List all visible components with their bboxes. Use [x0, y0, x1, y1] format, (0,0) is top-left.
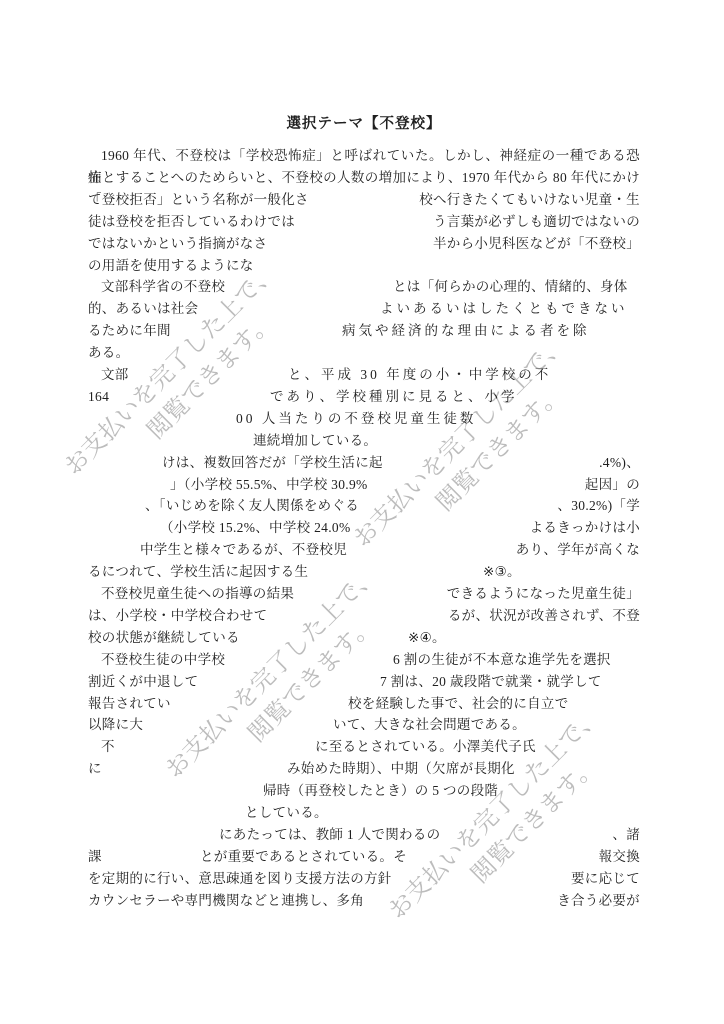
- document-page: お支払いを完了した上で、閲覧できます。お支払いを完了した上で、閲覧できます。お支…: [0, 0, 724, 1024]
- text-fragment: ある。: [88, 342, 129, 364]
- text-fragment: う言葉が必ずしも適切ではないの: [433, 211, 640, 233]
- text-fragment: 中学生と様々であるが、不登校児: [140, 539, 347, 561]
- text-line: 、「いじめを除く友人関係をめぐる、30.2%)「学: [0, 495, 724, 517]
- text-fragment: 」（小学校 55.5%、中学校 30.9%: [170, 474, 368, 496]
- text-line: 割近くが中退して7 割は、20 歳段階で就業・就学して: [0, 671, 724, 693]
- text-line: 帰時（再登校したとき）の 5 つの段階: [0, 780, 724, 802]
- text-fragment: に: [88, 758, 102, 780]
- text-line: ある。: [0, 342, 724, 364]
- text-fragment: 課: [88, 846, 102, 868]
- text-line: 的、あるいは社会よいあるいはしたくともできない: [0, 298, 724, 320]
- text-fragment: よるきっかけは小: [530, 517, 640, 539]
- text-line: るにつれて、学校生活に起因する生※③。: [0, 561, 724, 583]
- text-fragment: 不登校児童生徒への指導の結果: [101, 583, 294, 605]
- text-fragment: 文部科学省の不登校: [101, 276, 225, 298]
- document-text-layer: 選択テーマ【不登校】 1960 年代、不登校は「学校恐怖症」と呼ばれていた。しか…: [0, 0, 724, 1024]
- text-fragment: 、30.2%)「学: [557, 495, 640, 517]
- page-title: 選択テーマ【不登校】: [88, 112, 640, 136]
- text-fragment: .4%)、: [599, 452, 640, 474]
- text-line: としている。: [0, 802, 724, 824]
- text-line: にみ始めた時期）、中期（欠席が長期化: [0, 758, 724, 780]
- text-line: 連続増加している。: [0, 430, 724, 452]
- text-fragment: とが重要であるとされている。そ: [200, 846, 407, 868]
- text-line: 以降に大いて、大きな社会問題である。: [0, 714, 724, 736]
- text-line: 文部科学省の不登校とは「何らかの心理的、情緒的、身体: [0, 276, 724, 298]
- text-fragment: 7 割は、20 歳段階で就業・就学して: [380, 671, 602, 693]
- text-fragment: 6 割の生徒が不本意な進学先を選択: [393, 649, 611, 671]
- text-fragment: 校を経験した事で、社会的に自立で: [348, 693, 569, 715]
- text-line: 1960 年代、不登校は「学校恐怖症」と呼ばれていた。しかし、神経症の一種である…: [0, 145, 724, 167]
- text-fragment: あり、学年が高くな: [516, 539, 640, 561]
- text-fragment: は、小学校・中学校合わせて: [88, 605, 267, 627]
- text-line: 164であり、学校種別に見ると、小学: [0, 386, 724, 408]
- text-fragment: 、「いじめを除く友人関係をめぐる: [145, 495, 359, 517]
- text-line: 中学生と様々であるが、不登校児あり、学年が高くな: [0, 539, 724, 561]
- text-line: カウンセラーや専門機関などと連携し、多角き合う必要が: [0, 890, 724, 912]
- text-fragment: とは「何らかの心理的、情緒的、身体: [393, 276, 628, 298]
- text-line: るために年間病気や経済的な理由による者を除: [0, 320, 724, 342]
- text-fragment: できるようになった児童生徒」: [447, 583, 640, 605]
- text-fragment: るために年間: [88, 320, 171, 342]
- text-fragment: にあたっては、教師 1 人で関わるの: [219, 824, 440, 846]
- text-line: 不登校児童生徒への指導の結果できるようになった児童生徒」: [0, 583, 724, 605]
- text-fragment: るが、状況が改善されず、不登: [448, 605, 640, 627]
- text-fragment: み始めた時期）、中期（欠席が長期化: [287, 758, 515, 780]
- text-line: の用語を使用するようにな: [0, 255, 724, 277]
- text-fragment: けは、複数回答だが「学校生活に起: [162, 452, 383, 474]
- text-line: 校の状態が継続している※④。: [0, 627, 724, 649]
- text-fragment: よいあるいはしたくともできない: [380, 298, 628, 320]
- text-fragment: 「登校拒否」という名称が一般化さ: [88, 189, 309, 211]
- text-line: 徒は登校を拒否しているわけではう言葉が必ずしも適切ではないの: [0, 211, 724, 233]
- text-line: 」（小学校 55.5%、中学校 30.9%起因」の: [0, 474, 724, 496]
- text-fragment: 校へ行きたくてもいけない児童・生: [419, 189, 640, 211]
- text-fragment: き合う必要が: [557, 890, 640, 912]
- text-fragment: 半から小児科医などが「不登校」: [433, 233, 640, 255]
- text-fragment: 164: [88, 386, 109, 408]
- text-fragment: 起因」の: [585, 474, 640, 496]
- text-fragment: としている。: [245, 802, 328, 824]
- text-fragment: 徒は登校を拒否しているわけでは: [88, 211, 295, 233]
- text-fragment: 以降に大: [88, 714, 143, 736]
- text-fragment: に至るとされている。小澤美代子氏: [315, 736, 536, 758]
- text-line: にあたっては、教師 1 人で関わるの、諸: [0, 824, 724, 846]
- text-line: 課とが重要であるとされている。そ報交換: [0, 846, 724, 868]
- text-fragment: 的、あるいは社会: [88, 298, 198, 320]
- text-fragment: 病気や経済的な理由による者を除: [342, 320, 590, 342]
- text-fragment: ※③。: [483, 561, 521, 583]
- text-fragment: いて、大きな社会問題である。: [333, 714, 526, 736]
- text-line: ではないかという指摘がなさ半から小児科医などが「不登校」: [0, 233, 724, 255]
- text-fragment: ※④。: [408, 627, 446, 649]
- text-line: けは、複数回答だが「学校生活に起.4%)、: [0, 452, 724, 474]
- text-fragment: るにつれて、学校生活に起因する生: [88, 561, 308, 583]
- text-fragment: と、平成 30 年度の小・中学校の不: [288, 364, 551, 386]
- text-line: 報告されてい校を経験した事で、社会的に自立で: [0, 693, 724, 715]
- text-line: （小学校 15.2%、中学校 24.0%よるきっかけは小: [0, 517, 724, 539]
- text-fragment: ではないかという指摘がなさ: [88, 233, 267, 255]
- text-fragment: 校の状態が継続している: [88, 627, 240, 649]
- text-line: 不に至るとされている。小澤美代子氏: [0, 736, 724, 758]
- text-line: 不登校生徒の中学校6 割の生徒が不本意な進学先を選択: [0, 649, 724, 671]
- text-fragment: 報告されてい: [88, 693, 171, 715]
- text-fragment: カウンセラーや専門機関などと連携し、多角: [88, 890, 364, 912]
- text-fragment: の用語を使用するようにな: [88, 255, 254, 277]
- text-fragment: 不登校生徒の中学校: [101, 649, 225, 671]
- text-fragment: （小学校 15.2%、中学校 24.0%: [160, 517, 351, 539]
- text-fragment: 割近くが中退して: [88, 671, 198, 693]
- text-fragment: 00 人当たりの不登校児童生徒数: [236, 408, 476, 430]
- text-line: 00 人当たりの不登校児童生徒数: [0, 408, 724, 430]
- text-line: 「登校拒否」という名称が一般化さ校へ行きたくてもいけない児童・生: [0, 189, 724, 211]
- text-line: は、小学校・中学校合わせてるが、状況が改善されず、不登: [0, 605, 724, 627]
- text-fragment: であり、学校種別に見ると、小学: [270, 386, 518, 408]
- text-fragment: 帰時（再登校したとき）の 5 つの段階: [263, 780, 498, 802]
- text-fragment: 連続増加している。: [253, 430, 377, 452]
- text-fragment: 要に応じて: [571, 868, 640, 890]
- text-fragment: 不: [101, 736, 115, 758]
- text-fragment: を定期的に行い、意思疎通を図り支援方法の方針: [88, 868, 392, 890]
- text-line: を定期的に行い、意思疎通を図り支援方法の方針要に応じて: [0, 868, 724, 890]
- text-fragment: 、諸: [612, 824, 640, 846]
- text-fragment: 文部: [101, 364, 129, 386]
- text-line: 症とすることへのためらいと、不登校の人数の増加により、1970 年代から 80 …: [0, 167, 724, 189]
- text-line: 文部と、平成 30 年度の小・中学校の不: [0, 364, 724, 386]
- text-fragment: 報交換: [599, 846, 640, 868]
